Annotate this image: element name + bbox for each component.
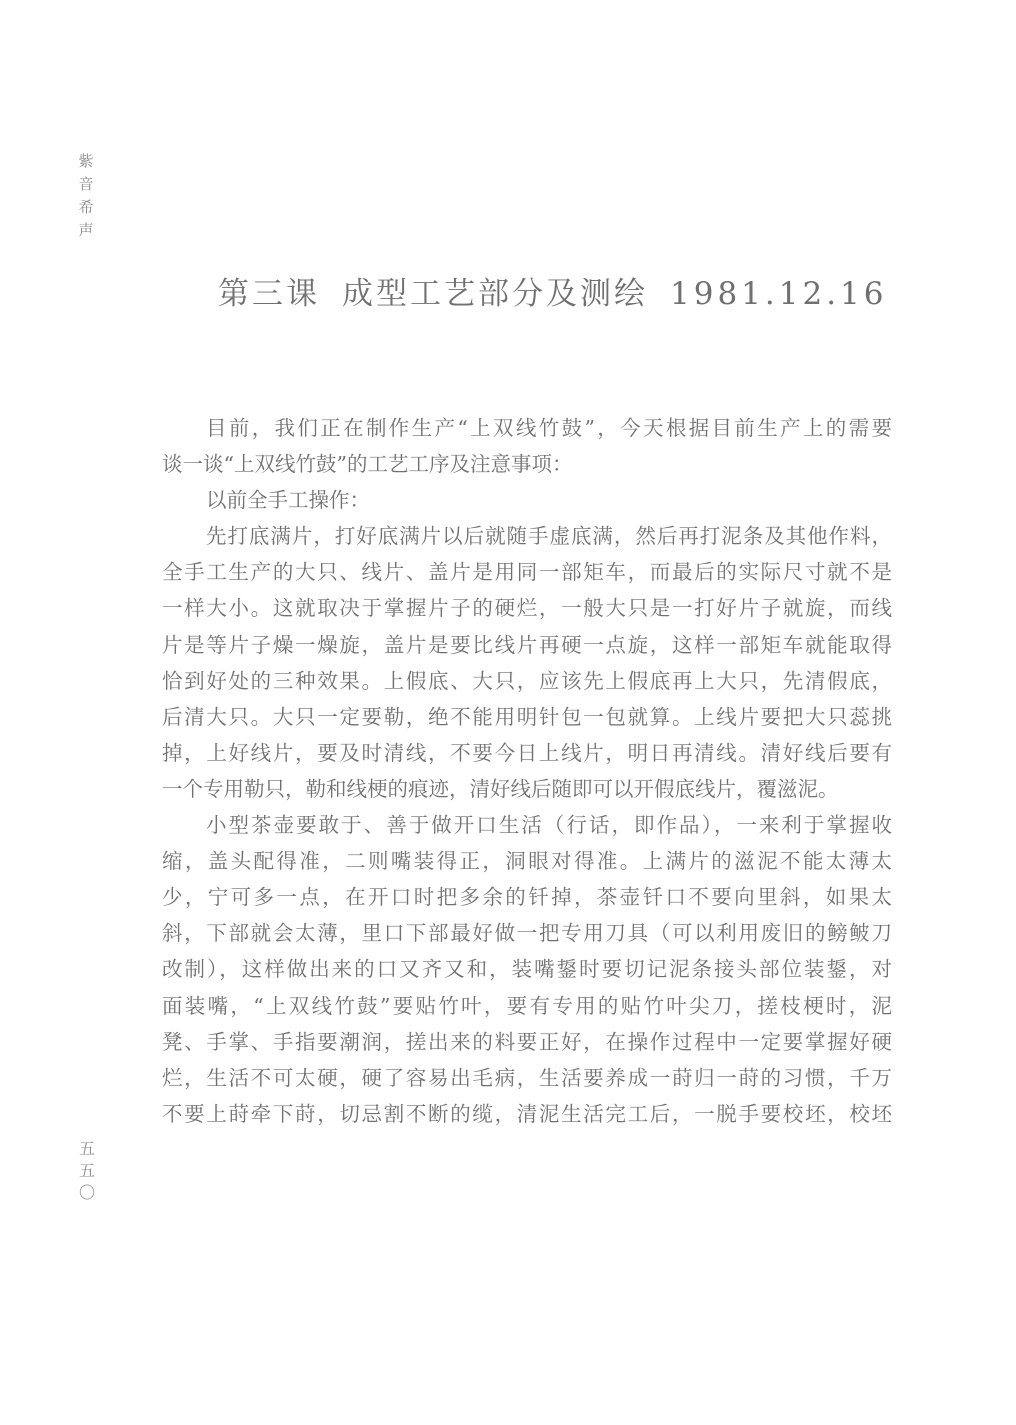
text-line: 不要上莳牵下莳，切忌割不断的缆，清泥生活完工后，一脱手要校坯，校坯 bbox=[162, 1096, 892, 1132]
body-text: 目前，我们正在制作生产“上双线竹鼓”，今天根据目前生产上的需要 谈一谈“上双线竹… bbox=[162, 410, 892, 1132]
page-title: 第三课成型工艺部分及测绘1981.12.16 bbox=[218, 268, 888, 313]
side-title-char: 希 bbox=[76, 196, 96, 219]
text-line: 掉，上好线片，要及时清线，不要今日上线片，明日再清线。清好线后要有 bbox=[162, 735, 892, 771]
text-line: 后清大只。大只一定要勒，绝不能用明针包一包就算。上线片要把大只蕊挑 bbox=[162, 699, 892, 735]
lesson-subtitle: 成型工艺部分及测绘 bbox=[342, 276, 648, 312]
text-line: 斜，下部就会太薄，里口下部最好做一把专用刀具（可以利用废旧的鳑鲏刀 bbox=[162, 915, 892, 951]
text-line: 以前全手工操作： bbox=[162, 482, 892, 518]
page-number-digit: 五 bbox=[76, 1138, 98, 1160]
text-line: 烂，生活不可太硬，硬了容易出毛病，生活要养成一莳归一莳的习惯，千万 bbox=[162, 1060, 892, 1096]
text-line: 恰到好处的三种效果。上假底、大只，应该先上假底再上大只，先清假底， bbox=[162, 663, 892, 699]
lesson-number: 第三课 bbox=[218, 276, 320, 312]
text-line: 目前，我们正在制作生产“上双线竹鼓”，今天根据目前生产上的需要 bbox=[162, 410, 892, 446]
text-line: 谈一谈“上双线竹鼓”的工艺工序及注意事项： bbox=[162, 446, 892, 482]
text-line: 全手工生产的大只、线片、盖片是用同一部矩车，而最后的实际尺寸就不是 bbox=[162, 554, 892, 590]
page-number: 五 五 〇 bbox=[76, 1138, 98, 1204]
page-number-digit: 〇 bbox=[76, 1182, 98, 1204]
text-line: 缩，盖头配得准，二则嘴装得正，洞眼对得准。上满片的滋泥不能太薄太 bbox=[162, 843, 892, 879]
page-number-digit: 五 bbox=[76, 1160, 98, 1182]
side-title-char: 声 bbox=[76, 219, 96, 242]
text-line: 面装嘴，“上双线竹鼓”要贴竹叶，要有专用的贴竹叶尖刀，搓枝梗时，泥 bbox=[162, 988, 892, 1024]
text-line: 少，宁可多一点，在开口时把多余的钎掉，茶壶钎口不要向里斜，如果太 bbox=[162, 879, 892, 915]
text-line: 一个专用勒只，勒和线梗的痕迹，清好线后随即可以开假底线片，覆滋泥。 bbox=[162, 771, 892, 807]
side-title-char: 紫 bbox=[76, 150, 96, 173]
text-line: 先打底满片，打好底满片以后就随手虚底满，然后再打泥条及其他作料， bbox=[162, 518, 892, 554]
text-line: 改制），这样做出来的口又齐又和，装嘴鋬时要切记泥条接头部位装鋬，对 bbox=[162, 951, 892, 987]
text-line: 凳、手掌、手指要潮润，搓出来的料要正好，在操作过程中一定要掌握好硬 bbox=[162, 1024, 892, 1060]
text-line: 小型茶壶要敢于、善于做开口生活（行话，即作品），一来利于掌握收 bbox=[162, 807, 892, 843]
text-line: 一样大小。这就取决于掌握片子的硬烂，一般大只是一打好片子就旋，而线 bbox=[162, 590, 892, 626]
running-header-book-title: 紫 音 希 声 bbox=[76, 150, 96, 242]
text-line: 片是等片子燥一燥旋，盖片是要比线片再硬一点旋，这样一部矩车就能取得 bbox=[162, 627, 892, 663]
lesson-date: 1981.12.16 bbox=[670, 276, 888, 312]
side-title-char: 音 bbox=[76, 173, 96, 196]
